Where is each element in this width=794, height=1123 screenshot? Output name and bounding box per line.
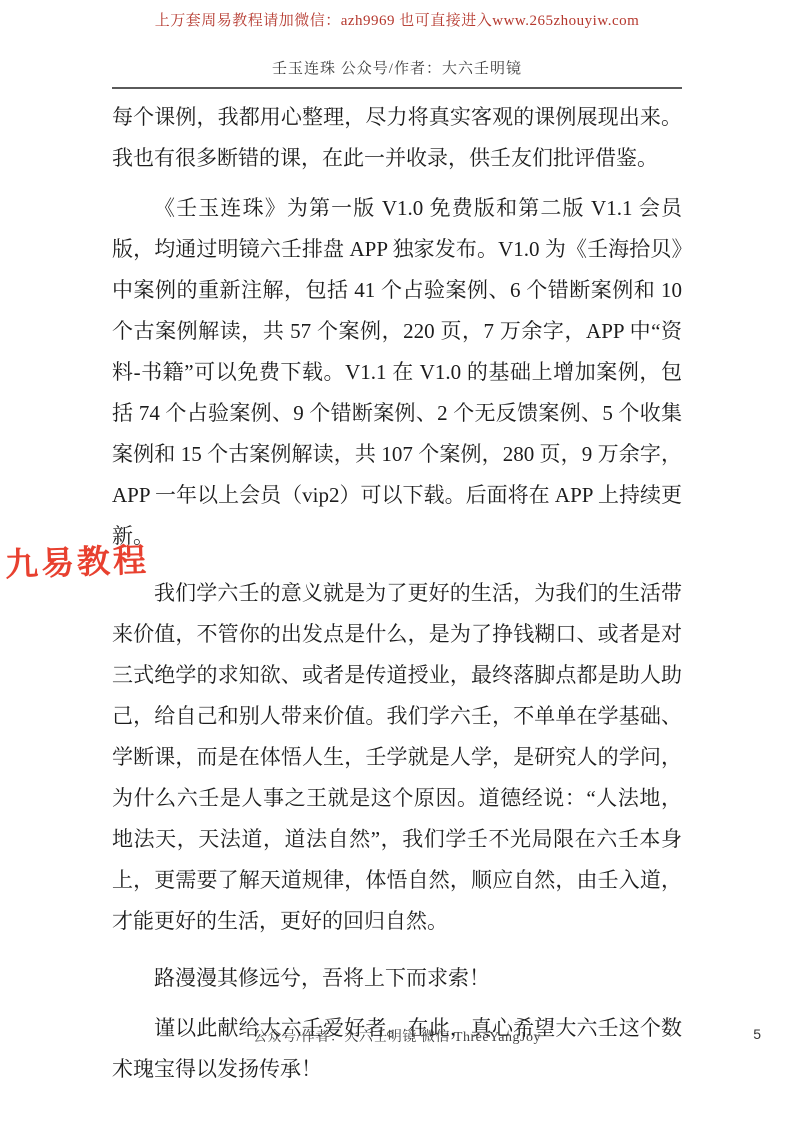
page-number: 5 xyxy=(753,1026,761,1042)
page-header-title: 壬玉连珠 公众号/作者：大六壬明镜 xyxy=(112,57,682,89)
red-watermark-text: 九易教程 xyxy=(4,534,150,586)
paragraph: 谨以此献给大六壬爱好者。在此，真心希望大六壬这个数术瑰宝得以发扬传承！ xyxy=(112,1008,682,1090)
document-body: 每个课例，我都用心整理，尽力将真实客观的课例展现出来。我也有很多断错的课，在此一… xyxy=(112,97,682,1099)
paragraph: 《壬玉连珠》为第一版 V1.0 免费版和第二版 V1.1 会员版，均通过明镜六壬… xyxy=(112,188,682,557)
paragraph: 每个课例，我都用心整理，尽力将真实客观的课例展现出来。我也有很多断错的课，在此一… xyxy=(112,97,682,179)
page-footer-text: 公众号/作者：大六壬明镜 微信 ThreeYangJoy xyxy=(112,1026,682,1046)
document-page: 上万套周易教程请加微信：azh9969 也可直接进入www.265zhouyiw… xyxy=(0,0,794,1123)
promo-text: 上万套周易教程请加微信：azh9969 也可直接进入www.265zhouyiw… xyxy=(0,9,794,30)
paragraph: 路漫漫其修远兮，吾将上下而求索！ xyxy=(112,958,682,999)
paragraph: 我们学六壬的意义就是为了更好的生活，为我们的生活带来价值，不管你的出发点是什么，… xyxy=(112,573,682,942)
